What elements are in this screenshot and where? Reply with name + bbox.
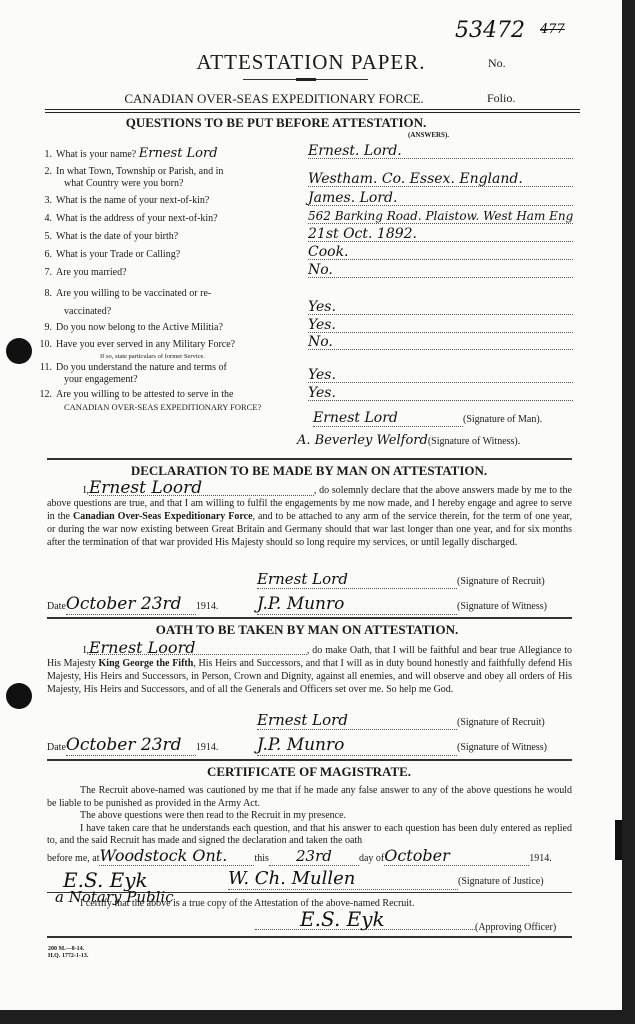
question-10: 10.Have you ever served in any Military … bbox=[38, 339, 300, 363]
signature-of-witness: A. Beverley Welford(Signature of Witness… bbox=[297, 433, 520, 448]
question-5: 5.What is the date of your birth? bbox=[38, 231, 300, 243]
answer-2: Westham. Co. Essex. England. bbox=[308, 172, 573, 187]
answer-1: Ernest. Lord. bbox=[308, 144, 573, 159]
approving-officer: (Approving Officer) bbox=[255, 922, 556, 933]
title-underline-mark bbox=[296, 78, 316, 81]
question-9: 9.Do you now belong to the Active Militi… bbox=[38, 322, 300, 334]
section-divider bbox=[47, 458, 572, 460]
declaration-signature-witness: J.P. Munro(Signature of Witness) bbox=[257, 594, 547, 615]
question-12: 12.Are you willing to be attested to ser… bbox=[38, 389, 300, 413]
question-4: 4.What is the address of your next-of-ki… bbox=[38, 213, 300, 225]
oath-date: DateOctober 23rd1914. bbox=[47, 735, 218, 756]
question-8: 8.Are you willing to be vaccinated or re… bbox=[38, 285, 300, 321]
answer-4-line bbox=[308, 223, 573, 224]
no-label: No. bbox=[488, 56, 506, 71]
question-1: 1.What is your name? Ernest Lord bbox=[38, 148, 300, 161]
oath-heading: OATH TO BE TAKEN BY MAN ON ATTESTATION. bbox=[0, 622, 618, 638]
print-code: 200 M.—8-14. H.Q. 1772-1-13. bbox=[48, 946, 88, 960]
question-6: 6.What is your Trade or Calling? bbox=[38, 249, 300, 261]
certificate-heading: CERTIFICATE OF MAGISTRATE. bbox=[0, 764, 620, 780]
struck-number: 477 bbox=[540, 22, 565, 37]
answer-4: 562 Barking Road. Plaistow. West Ham Eng bbox=[308, 209, 593, 223]
question-11: 11.Do you understand the nature and term… bbox=[38, 362, 300, 386]
answer-10: No. bbox=[308, 335, 573, 350]
header-divider bbox=[45, 109, 580, 113]
scan-border-right bbox=[622, 0, 635, 1024]
answer-9: Yes. bbox=[308, 318, 573, 333]
page-subtitle: CANADIAN OVER-SEAS EXPEDITIONARY FORCE. bbox=[0, 91, 585, 107]
declaration-signature-recruit: Ernest Lord(Signature of Recruit) bbox=[257, 570, 545, 589]
question-2: 2.In what Town, Township or Parish, and … bbox=[38, 166, 300, 190]
questions-heading: QUESTIONS TO BE PUT BEFORE ATTESTATION. bbox=[0, 115, 587, 131]
regimental-number: 53472 bbox=[455, 18, 525, 43]
section-divider bbox=[47, 617, 572, 619]
question-3: 3.What is the name of your next-of-kin? bbox=[38, 195, 300, 207]
certificate-place-date: before me, atWoodstock Ont.this23rdday o… bbox=[47, 846, 552, 866]
answer-11: Yes. bbox=[308, 368, 573, 383]
scan-border-bottom bbox=[0, 1010, 635, 1024]
declaration-date: DateOctober 23rd1914. bbox=[47, 594, 218, 615]
footer-divider bbox=[47, 936, 572, 938]
answers-label: (ANSWERS). bbox=[408, 131, 449, 139]
answer-3: James. Lord. bbox=[308, 191, 573, 206]
signature-of-man: Ernest Lord(Signature of Man). bbox=[313, 410, 542, 427]
certificate-text: The Recruit above-named was cautioned by… bbox=[47, 785, 572, 848]
punch-hole-icon bbox=[6, 683, 32, 709]
oath-signature-witness: J.P. Munro(Signature of Witness) bbox=[257, 735, 547, 756]
answer-8: Yes. bbox=[308, 300, 573, 315]
page-title: ATTESTATION PAPER. bbox=[0, 50, 622, 75]
oath-name: Ernest Loord bbox=[89, 641, 307, 655]
answer-7: No. bbox=[308, 263, 573, 278]
justice-signature: W. Ch. Mullen(Signature of Justice) bbox=[228, 868, 544, 890]
oath-text: I,Ernest Loord, do make Oath, that I wil… bbox=[47, 641, 572, 696]
answer-5: 21st Oct. 1892. bbox=[308, 227, 573, 242]
question-7: 7.Are you married? bbox=[38, 267, 300, 279]
punch-hole-icon bbox=[6, 338, 32, 364]
declaration-heading: DECLARATION TO BE MADE BY MAN ON ATTESTA… bbox=[0, 463, 620, 479]
answer-6: Cook. bbox=[308, 245, 573, 260]
declaration-name: Ernest Loord bbox=[89, 482, 314, 496]
oath-signature-recruit: Ernest Lord(Signature of Recruit) bbox=[257, 711, 545, 730]
declaration-text: I,Ernest Loord, do solemnly declare that… bbox=[47, 482, 572, 549]
answer-12: Yes. bbox=[308, 386, 573, 401]
scan-artifact bbox=[615, 820, 622, 860]
section-divider bbox=[47, 759, 572, 761]
inline-answer: Ernest Lord bbox=[139, 146, 218, 161]
